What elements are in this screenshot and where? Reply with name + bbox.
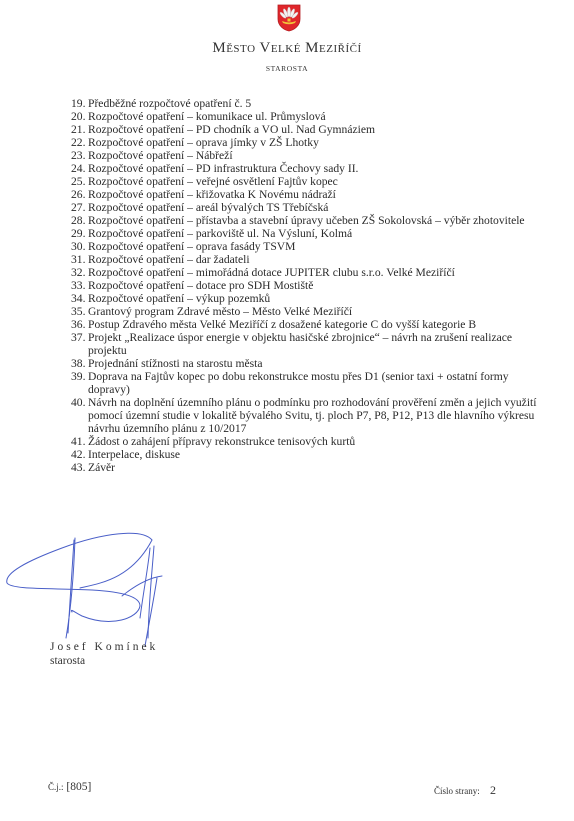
page-title: Město Velké Meziříčí (0, 40, 574, 57)
agenda-item: 29.Rozpočtové opatření – parkoviště ul. … (71, 227, 551, 240)
agenda-item-number: 27. (71, 201, 86, 214)
agenda-item-number: 32. (71, 266, 86, 279)
agenda-item: 22.Rozpočtové opatření – oprava jímky v … (71, 136, 551, 149)
agenda-item-text: Rozpočtové opatření – areál bývalých TS … (88, 201, 328, 214)
agenda-item-text: Rozpočtové opatření – přístavba a staveb… (88, 214, 525, 227)
agenda-item-text: Rozpočtové opatření – komunikace ul. Prů… (88, 110, 326, 123)
signatory-name: Josef Komínek (50, 640, 158, 654)
agenda-item-text: Rozpočtové opatření – oprava jímky v ZŠ … (88, 136, 319, 149)
agenda-item: 25.Rozpočtové opatření – veřejné osvětle… (71, 175, 551, 188)
agenda-item: 24.Rozpočtové opatření – PD infrastruktu… (71, 162, 551, 175)
page-number-label: Číslo strany: (434, 786, 480, 796)
reference-label: Č.j.: (48, 782, 64, 792)
city-coat-of-arms-icon (277, 4, 301, 32)
agenda-item-number: 24. (71, 162, 86, 175)
agenda-item-text: Postup Zdravého města Velké Meziříčí z d… (88, 318, 476, 331)
agenda-item-number: 22. (71, 136, 86, 149)
agenda-item: 39.Doprava na Fajtův kopec po dobu rekon… (71, 370, 551, 396)
agenda-item: 21.Rozpočtové opatření – PD chodník a VO… (71, 123, 551, 136)
page-subtitle: STAROSTA (0, 64, 574, 73)
agenda-item-number: 19. (71, 97, 86, 110)
agenda-item-number: 33. (71, 279, 86, 292)
agenda-item-number: 21. (71, 123, 86, 136)
agenda-item-text: Rozpočtové opatření – výkup pozemků (88, 292, 270, 305)
agenda-item-number: 29. (71, 227, 86, 240)
agenda-item-number: 37. (71, 331, 86, 344)
agenda-item-number: 40. (71, 396, 86, 409)
agenda-item-text: Závěr (88, 461, 115, 474)
agenda-item-text: Rozpočtové opatření – PD infrastruktura … (88, 162, 358, 175)
agenda-item-text: Rozpočtové opatření – křižovatka K Novém… (88, 188, 336, 201)
agenda-item-text: Návrh na doplnění územního plánu o podmí… (88, 396, 537, 435)
agenda-item-text: Doprava na Fajtův kopec po dobu rekonstr… (88, 370, 509, 396)
agenda-item-text: Rozpočtové opatření – Nábřeží (88, 149, 233, 162)
reference-number: Č.j.: [805] (48, 781, 91, 793)
reference-value: [805] (66, 781, 91, 793)
agenda-item-number: 35. (71, 305, 86, 318)
agenda-item-number: 26. (71, 188, 86, 201)
agenda-item-number: 36. (71, 318, 86, 331)
agenda-item: 33.Rozpočtové opatření – dotace pro SDH … (71, 279, 551, 292)
agenda-item-text: Interpelace, diskuse (88, 448, 180, 461)
signatory-role: starosta (50, 654, 158, 668)
agenda-item: 37.Projekt „Realizace úspor energie v ob… (71, 331, 551, 357)
page-number: Číslo strany: 2 (434, 783, 496, 798)
agenda-item: 35.Grantový program Zdravé město – Město… (71, 305, 551, 318)
agenda-item: 42.Interpelace, diskuse (71, 448, 551, 461)
agenda-item: 40.Návrh na doplnění územního plánu o po… (71, 396, 551, 435)
agenda-item-number: 30. (71, 240, 86, 253)
agenda-item-text: Rozpočtové opatření – mimořádná dotace J… (88, 266, 455, 279)
agenda-item: 34.Rozpočtové opatření – výkup pozemků (71, 292, 551, 305)
agenda-item-number: 38. (71, 357, 86, 370)
handwritten-signature-icon (2, 528, 172, 648)
page-number-value: 2 (490, 783, 496, 797)
agenda-item: 43.Závěr (71, 461, 551, 474)
agenda-item-number: 39. (71, 370, 86, 383)
agenda-item: 23.Rozpočtové opatření – Nábřeží (71, 149, 551, 162)
agenda-item-text: Rozpočtové opatření – PD chodník a VO ul… (88, 123, 375, 136)
agenda-item-number: 23. (71, 149, 86, 162)
agenda-item: 36.Postup Zdravého města Velké Meziříčí … (71, 318, 551, 331)
agenda-item-text: Žádost o zahájení přípravy rekonstrukce … (88, 435, 355, 448)
agenda-item-number: 43. (71, 461, 86, 474)
agenda-item-number: 34. (71, 292, 86, 305)
agenda-item: 30.Rozpočtové opatření – oprava fasády T… (71, 240, 551, 253)
agenda-item-text: Rozpočtové opatření – veřejné osvětlení … (88, 175, 338, 188)
agenda-item-text: Projekt „Realizace úspor energie v objek… (88, 331, 512, 357)
agenda-item-number: 25. (71, 175, 86, 188)
agenda-item-text: Rozpočtové opatření – oprava fasády TSVM (88, 240, 295, 253)
signatory-block: Josef Komínek starosta (50, 640, 158, 668)
agenda-item: 27.Rozpočtové opatření – areál bývalých … (71, 201, 551, 214)
agenda-list: 19.Předběžné rozpočtové opatření č. 520.… (71, 97, 551, 474)
agenda-item-text: Rozpočtové opatření – dar žadateli (88, 253, 250, 266)
agenda-item-number: 42. (71, 448, 86, 461)
agenda-item: 19.Předběžné rozpočtové opatření č. 5 (71, 97, 551, 110)
agenda-item-text: Grantový program Zdravé město – Město Ve… (88, 305, 352, 318)
agenda-item-text: Rozpočtové opatření – dotace pro SDH Mos… (88, 279, 313, 292)
agenda-item-number: 31. (71, 253, 86, 266)
agenda-item: 38.Projednání stížnosti na starostu měst… (71, 357, 551, 370)
agenda-item: 32.Rozpočtové opatření – mimořádná dotac… (71, 266, 551, 279)
agenda-item-text: Projednání stížnosti na starostu města (88, 357, 263, 370)
agenda-item-number: 41. (71, 435, 86, 448)
agenda-item: 20.Rozpočtové opatření – komunikace ul. … (71, 110, 551, 123)
agenda-item-text: Předběžné rozpočtové opatření č. 5 (88, 97, 251, 110)
agenda-item: 26.Rozpočtové opatření – křižovatka K No… (71, 188, 551, 201)
agenda-item-number: 28. (71, 214, 86, 227)
agenda-item: 31.Rozpočtové opatření – dar žadateli (71, 253, 551, 266)
agenda-item-number: 20. (71, 110, 86, 123)
agenda-item: 41.Žádost o zahájení přípravy rekonstruk… (71, 435, 551, 448)
agenda-item: 28.Rozpočtové opatření – přístavba a sta… (71, 214, 551, 227)
agenda-item-text: Rozpočtové opatření – parkoviště ul. Na … (88, 227, 352, 240)
